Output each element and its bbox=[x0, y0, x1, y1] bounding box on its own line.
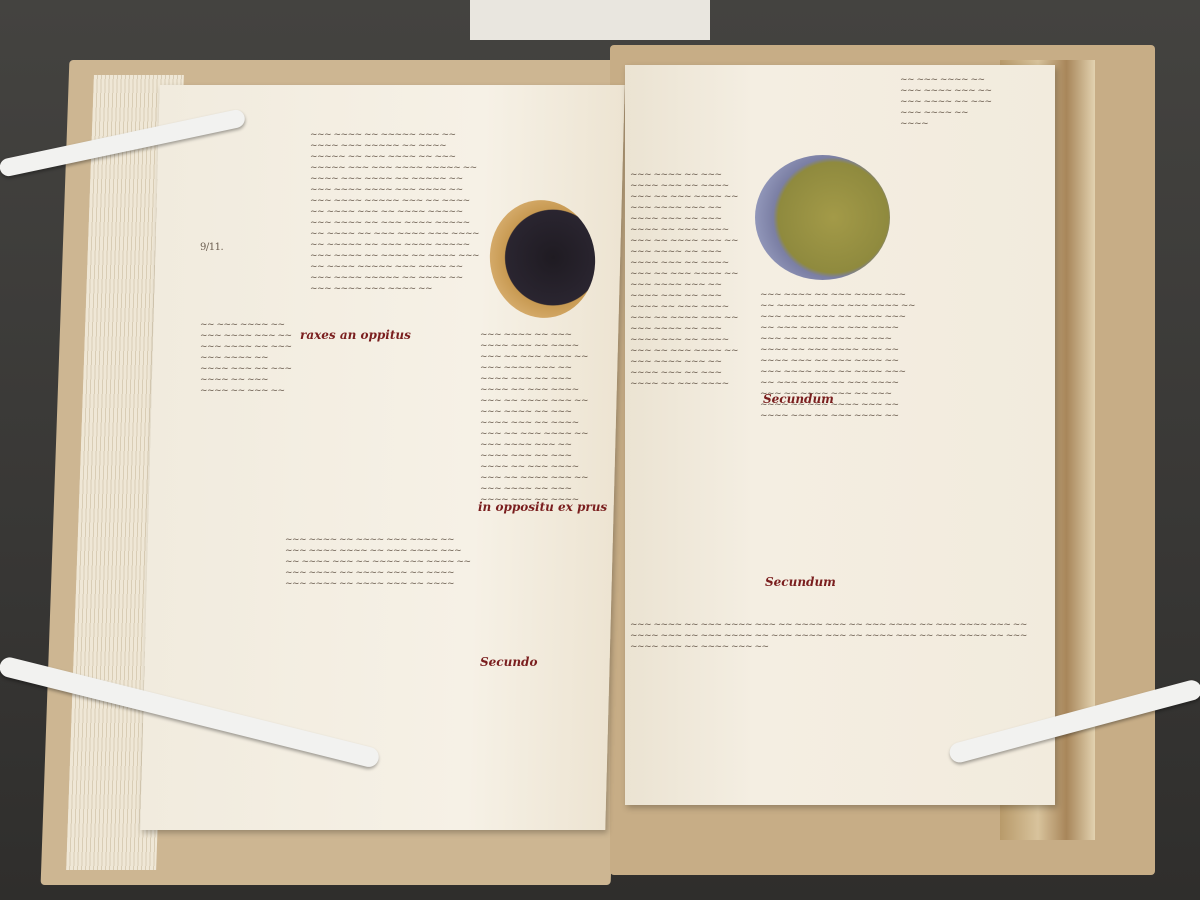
rubric-heading: in oppositu ex prus bbox=[478, 500, 607, 514]
wall-background bbox=[470, 0, 710, 40]
rubric-heading: Secundum bbox=[763, 392, 834, 406]
margin-number: 9/11. bbox=[200, 242, 223, 253]
right-page-main-column: ~~~ ~~~~ ~~ ~~~ ~~~~ ~~~ ~~ ~~~~ ~~~ ~~ … bbox=[760, 290, 920, 620]
left-page-main-text: ~~~ ~~~~ ~~ ~~~~~ ~~~ ~~ ~~~~ ~~~ ~~~~~ … bbox=[310, 130, 480, 490]
illuminated-initial-right bbox=[755, 155, 890, 280]
left-page-lower-gloss: ~~~ ~~~~ ~~ ~~~~ ~~~ ~~~~ ~~ ~~~ ~~~~ ~~… bbox=[285, 535, 475, 675]
right-page-left-column: ~~~ ~~~~ ~~ ~~~ ~~~~ ~~~ ~~ ~~~~ ~~~ ~~ … bbox=[630, 170, 745, 650]
rubric-heading: raxes an oppitus bbox=[300, 328, 411, 342]
right-page-top-gloss: ~~ ~~~ ~~~~ ~~ ~~~ ~~~~ ~~~ ~~ ~~~ ~~~~ … bbox=[900, 75, 995, 175]
right-page-lower-gloss: ~~~ ~~~~ ~~ ~~~ ~~~~ ~~~ ~~ ~~~~ ~~~ ~~ … bbox=[630, 620, 1030, 740]
rubric-heading: Secundo bbox=[480, 655, 537, 669]
rubric-heading: Secundum bbox=[765, 575, 836, 589]
left-page-marginal-gloss: ~~ ~~~ ~~~~ ~~ ~~~ ~~~~ ~~~ ~~ ~~~ ~~~~ … bbox=[200, 320, 295, 470]
